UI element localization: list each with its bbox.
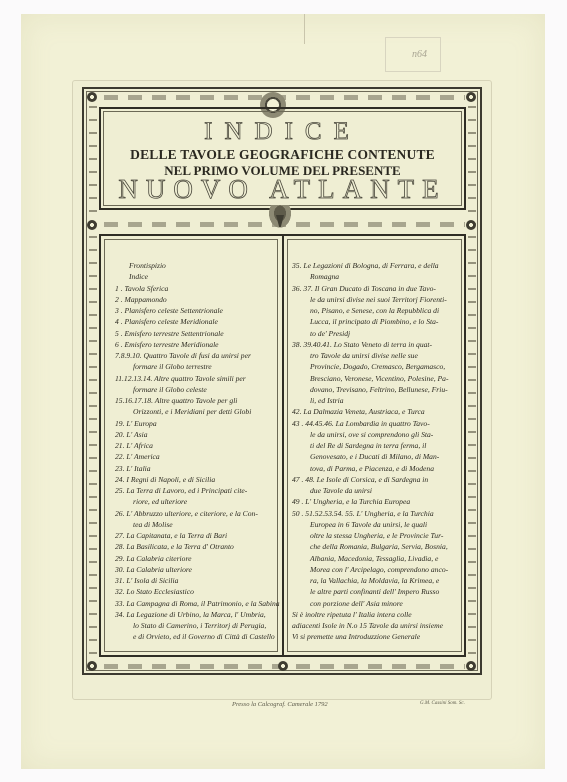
- list-item: 33. La Campagna di Roma, il Patrimonio, …: [115, 598, 277, 609]
- list-item: Lucca, il principato di Piombino, e lo S…: [292, 316, 462, 327]
- rosette-icon: [87, 661, 97, 671]
- list-item: oltre la stessa Ungheria, e le Provincie…: [292, 530, 462, 541]
- list-item: 25. La Terra di Lavoro, ed i Principati …: [115, 485, 277, 496]
- list-item: 3 . Planisfero celeste Settentrionale: [115, 305, 277, 316]
- index-list-right: 35. Le Legazioni di Bologna, di Ferrara,…: [292, 260, 462, 643]
- list-item: 11.12.13.14. Altre quattro Tavole simili…: [115, 373, 277, 384]
- list-item: 38. 39.40.41. Lo Stato Veneto di terra i…: [292, 339, 462, 350]
- list-item: le da unirsi, ove si comprendono gli Sta…: [292, 429, 462, 440]
- list-item: 29. La Calabria citeriore: [115, 553, 277, 564]
- list-item: Genovesato, e i Ducati di Milano, di Man…: [292, 451, 462, 462]
- list-item: ti del Re di Sardegna in terra ferma, il: [292, 440, 462, 451]
- list-item: Romagna: [292, 271, 462, 282]
- rosette-icon: [278, 661, 288, 671]
- archive-number: n64: [412, 51, 427, 59]
- list-item: adiacenti Isole in N.o 15 Tavole da unir…: [292, 620, 462, 631]
- list-item: 1 . Tavola Sferica: [115, 283, 277, 294]
- list-item: ra, la Vallachia, la Moldavia, la Krimea…: [292, 575, 462, 586]
- paper-fold-mark: [304, 14, 305, 44]
- index-list-left: Frontispizio Indice 1 . Tavola Sferica 2…: [115, 260, 277, 643]
- list-item: 43 . 44.45.46. La Lombardia in quattro T…: [292, 418, 462, 429]
- list-item: to de' Presidj: [292, 328, 462, 339]
- title-indice: INDICE: [103, 118, 462, 146]
- list-item: tea di Molise: [115, 519, 277, 530]
- list-item: 6 . Emisfero terrestre Meridionale: [115, 339, 277, 350]
- list-item: dovano, Trevisano, Feltrino, Bellunese, …: [292, 384, 462, 395]
- list-item: 32. Lo Stato Ecclesiastico: [115, 586, 277, 597]
- list-item: 7.8.9.10. Quattro Tavole di fusi da unir…: [115, 350, 277, 361]
- list-item: tro Tavole da unirsi divise nelle sue: [292, 350, 462, 361]
- list-item: 49 . L' Ungheria, e la Turchia Europea: [292, 496, 462, 507]
- list-item: 34. La Legazione di Urbino, la Marca, l'…: [115, 609, 277, 620]
- list-item: 15.16.17.18. Altre quattro Tavole per gl…: [115, 395, 277, 406]
- right-garland-ornament: [468, 100, 476, 660]
- urn-ornament-icon: [268, 205, 292, 229]
- list-item: 26. L' Abbruzzo ulteriore, e citeriore, …: [115, 508, 277, 519]
- list-item: 30. La Calabria ulteriore: [115, 564, 277, 575]
- list-item: 36. 37. Il Gran Ducato di Toscana in due…: [292, 283, 462, 294]
- rosette-icon: [466, 661, 476, 671]
- list-item: riore, ed ulteriore: [115, 496, 277, 507]
- list-item: Albania, Macedonia, Tessaglia, Livadia, …: [292, 553, 462, 564]
- list-item: no, Pisano, e Senese, con la Repubblica …: [292, 305, 462, 316]
- column-divider: [282, 234, 284, 657]
- list-item: 28. La Basilicata, e la Terra d' Otranto: [115, 541, 277, 552]
- list-item: Europea in 6 Tavole da unirsi, le quali: [292, 519, 462, 530]
- rosette-icon: [466, 220, 476, 230]
- title-subtitle-1: DELLE TAVOLE GEOGRAFICHE CONTENUTE: [103, 147, 462, 163]
- list-item: formare il Globo celeste: [115, 384, 277, 395]
- list-item: le altre parti confinanti dell' Impero R…: [292, 586, 462, 597]
- title-nuovo-atlante: NUOVO ATLANTE: [103, 174, 462, 205]
- list-item: 5 . Emisfero terrestre Settentrionale: [115, 328, 277, 339]
- list-item: Morea con l' Arcipelago, comprendono anc…: [292, 564, 462, 575]
- list-item: 20. L' Asia: [115, 429, 277, 440]
- rosette-icon: [466, 92, 476, 102]
- list-item: 47 . 48. Le Isole di Corsica, e di Sarde…: [292, 474, 462, 485]
- list-item: le da unirsi divise nei suoi Territorj F…: [292, 294, 462, 305]
- list-item: 24. I Regni di Napoli, e di Sicilia: [115, 474, 277, 485]
- list-item: due Tavole da unirsi: [292, 485, 462, 496]
- list-item: Si è inoltre ripetuta l' Italia intera c…: [292, 609, 462, 620]
- list-item: formare il Globo terrestre: [115, 361, 277, 372]
- left-garland-ornament: [89, 100, 97, 660]
- list-item: Indice: [115, 271, 277, 282]
- list-item: li, ed Istria: [292, 395, 462, 406]
- list-item: 19. L' Europa: [115, 418, 277, 429]
- rosette-icon: [87, 92, 97, 102]
- list-item: Provincie, Dogado, Cremasco, Bergamasco,: [292, 361, 462, 372]
- list-item: 27. La Capitanata, e la Terra di Bari: [115, 530, 277, 541]
- list-item: che della Romania, Bulgaria, Servia, Bos…: [292, 541, 462, 552]
- list-item: Bresciano, Veronese, Vicentino, Polesine…: [292, 373, 462, 384]
- list-item: 50 . 51.52.53.54. 55. L' Ungheria, e la …: [292, 508, 462, 519]
- list-item: 2 . Mappamondo: [115, 294, 277, 305]
- list-item: con porzione dell' Asia minore: [292, 598, 462, 609]
- list-item: 35. Le Legazioni di Bologna, di Ferrara,…: [292, 260, 462, 271]
- list-item: 4 . Planisfero celeste Meridionale: [115, 316, 277, 327]
- engraver-credit: G.M. Cassini Som. Sc.: [420, 701, 465, 706]
- list-item: Orizzonti, e i Meridiani per detti Globi: [115, 406, 277, 417]
- list-item: Frontispizio: [115, 260, 277, 271]
- publisher-imprint: Presso la Calcograf. Camerale 1792: [232, 701, 328, 708]
- list-item: 21. L' Africa: [115, 440, 277, 451]
- archive-stamp: n64: [385, 37, 441, 72]
- list-item: lo Stato di Camerino, i Territorj di Per…: [115, 620, 277, 631]
- list-item: 22. L' America: [115, 451, 277, 462]
- list-item: Vi si premette una Introduzzione General…: [292, 631, 462, 642]
- list-item: e di Orvieto, ed il Governo di Città di …: [115, 631, 277, 642]
- list-item: 31. L' Isola di Sicilia: [115, 575, 277, 586]
- list-item: tova, di Parma, e Piacenza, e di Modena: [292, 463, 462, 474]
- list-item: 42. La Dalmazia Veneta, Austriaca, e Tur…: [292, 406, 462, 417]
- list-item: 23. L' Italia: [115, 463, 277, 474]
- rosette-icon: [87, 220, 97, 230]
